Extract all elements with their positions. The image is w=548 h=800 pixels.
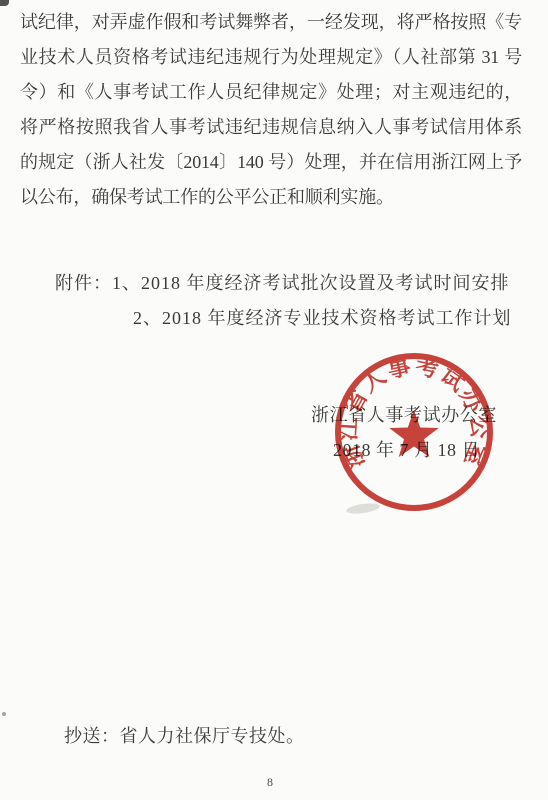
body-line-6: 以公布，确保考试工作的公平公正和顺利实施。 (20, 180, 522, 215)
body-line-2: 业技术人员资格考试违纪违规行为处理规定》（人社部第 31 号 (20, 40, 522, 75)
scan-artifact-dot (2, 712, 6, 716)
page-number: 8 (0, 775, 540, 790)
body-line-4: 将严格按照我省人事考试违纪违规信息纳入人事考试信用体系 (20, 110, 522, 145)
official-seal: 浙江省人事考试办公室 (332, 350, 496, 514)
scan-artifact-corner (0, 0, 9, 6)
seal-star-icon (389, 410, 438, 457)
attachment-item-1: 附件：1、2018 年度经济考试批次设置及考试时间安排 (55, 266, 510, 301)
cc-line: 抄送：省人力社保厅专技处。 (64, 724, 305, 748)
attachment-item-2: 2、2018 年度经济专业技术资格考试工作计划 (133, 301, 512, 336)
body-line-5: 的规定（浙人社发〔2014〕140 号）处理，并在信用浙江网上予 (20, 145, 522, 180)
document-page: { "theme": { "paper": "#fbfbfa", "ink": … (0, 0, 548, 800)
body-line-1: 试纪律，对弄虚作假和考试舞弊者，一经发现，将严格按照《专 (20, 5, 522, 40)
body-line-3: 令）和《人事考试工作人员纪律规定》处理；对主观违纪的， (20, 75, 522, 110)
body-paragraph: 试纪律，对弄虚作假和考试舞弊者，一经发现，将严格按照《专 业技术人员资格考试违纪… (20, 5, 522, 215)
